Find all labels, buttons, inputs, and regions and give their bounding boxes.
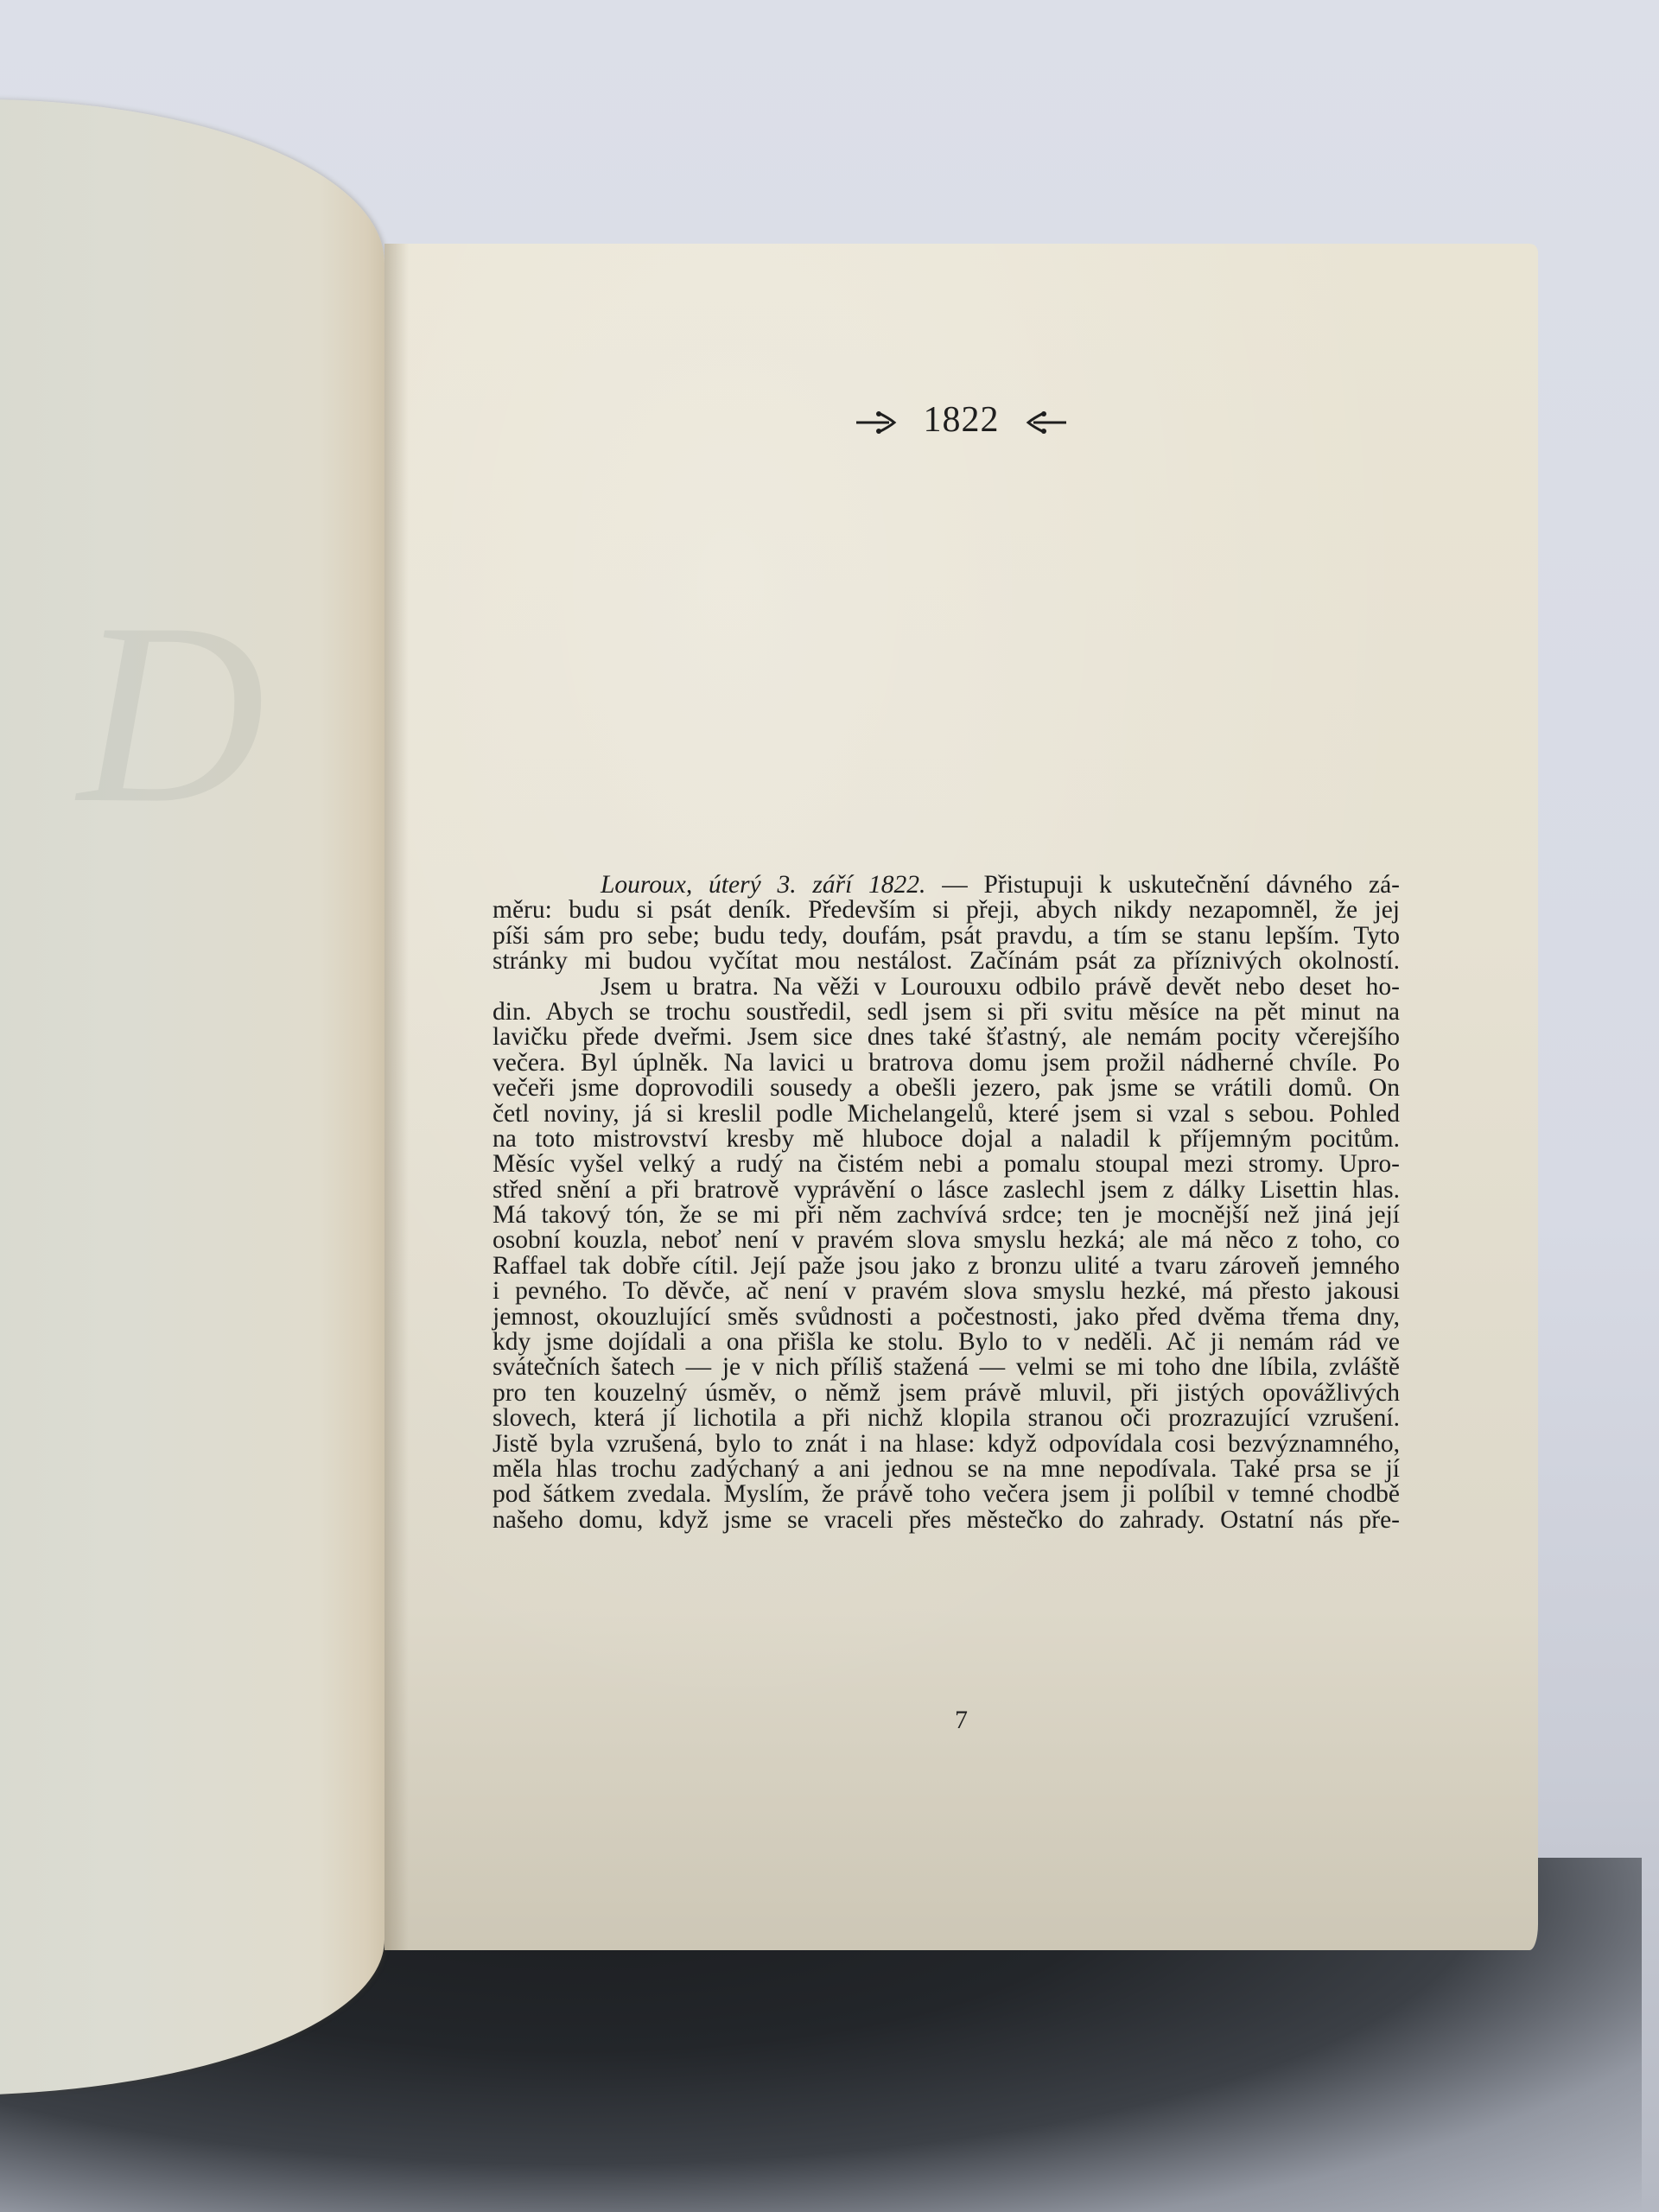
entry-dateline: Louroux, úterý 3. září 1822. (601, 871, 925, 899)
text-line: měla hlas trochu zadýchaný a ani jednou … (493, 1457, 1400, 1482)
text-line: Má takový tón, že se mi při něm zachvívá… (493, 1203, 1400, 1228)
text-line: četl noviny, já si kreslil podle Michela… (493, 1102, 1400, 1127)
page-number: 7 (385, 1706, 1538, 1735)
text-line: střed snění a při bratrově vyprávění o l… (493, 1178, 1400, 1203)
leaf-arrow-left-icon (1018, 410, 1068, 435)
text-line: Louroux, úterý 3. září 1822. — Přistupuj… (493, 873, 1400, 898)
text-line: osobní kouzla, neboť není v pravém slova… (493, 1228, 1400, 1253)
leaf-arrow-right-icon (855, 410, 905, 435)
text-line: pro ten kouzelný úsměv, o němž jsem práv… (493, 1381, 1400, 1406)
text-line: pod šátkem zvedala. Myslím, že právě toh… (493, 1482, 1400, 1507)
left-page-ghost-letter: D (78, 583, 265, 842)
text-line: večera. Byl úplněk. Na lavici u bratrova… (493, 1051, 1400, 1076)
text-line: Jsem u bratra. Na věži v Lourouxu odbilo… (493, 975, 1400, 1000)
page-gutter-shadow (385, 244, 409, 1950)
text-line: Měsíc vyšel velký a rudý na čistém nebi … (493, 1152, 1400, 1177)
left-page: D (0, 99, 385, 2095)
text-line: slovech, která jí lichotila a při nichž … (493, 1406, 1400, 1431)
diary-entry-text: Louroux, úterý 3. září 1822. — Přistupuj… (493, 873, 1400, 1533)
text-line: i pevného. To děvče, ač není v pravém sl… (493, 1279, 1400, 1304)
text-line: din. Abych se trochu soustředil, sedl js… (493, 1000, 1400, 1025)
text-line: píši sám pro sebe; budu tedy, doufám, ps… (493, 924, 1400, 949)
text-line: našeho domu, když jsme se vraceli přes m… (493, 1508, 1400, 1533)
text-line: jemnost, okouzlující směs svůdnosti a po… (493, 1305, 1400, 1330)
text-line: kdy jsme dojídali a ona přišla ke stolu.… (493, 1330, 1400, 1355)
text-line: stránky mi budou vyčítat mou nestálost. … (493, 949, 1400, 974)
text-line: měru: budu si psát deník. Především si p… (493, 898, 1400, 923)
right-page: 1822 Louroux, úterý 3. září 1822. — Přis… (385, 244, 1538, 1950)
chapter-year: 1822 (924, 400, 1000, 440)
text-line: svátečních šatech — je v nich příliš sta… (493, 1355, 1400, 1380)
chapter-header: 1822 (385, 399, 1538, 441)
text-line: Raffael tak dobře cítil. Její paže jsou … (493, 1254, 1400, 1279)
text-line: Jistě byla vzrušená, bylo to znát i na h… (493, 1432, 1400, 1457)
text-line: na toto mistrovství kresby mě hluboce do… (493, 1127, 1400, 1152)
text-line: lavičku přede dveřmi. Jsem sice dnes tak… (493, 1025, 1400, 1050)
text-line: večeři jsme doprovodili sousedy a obešli… (493, 1076, 1400, 1101)
